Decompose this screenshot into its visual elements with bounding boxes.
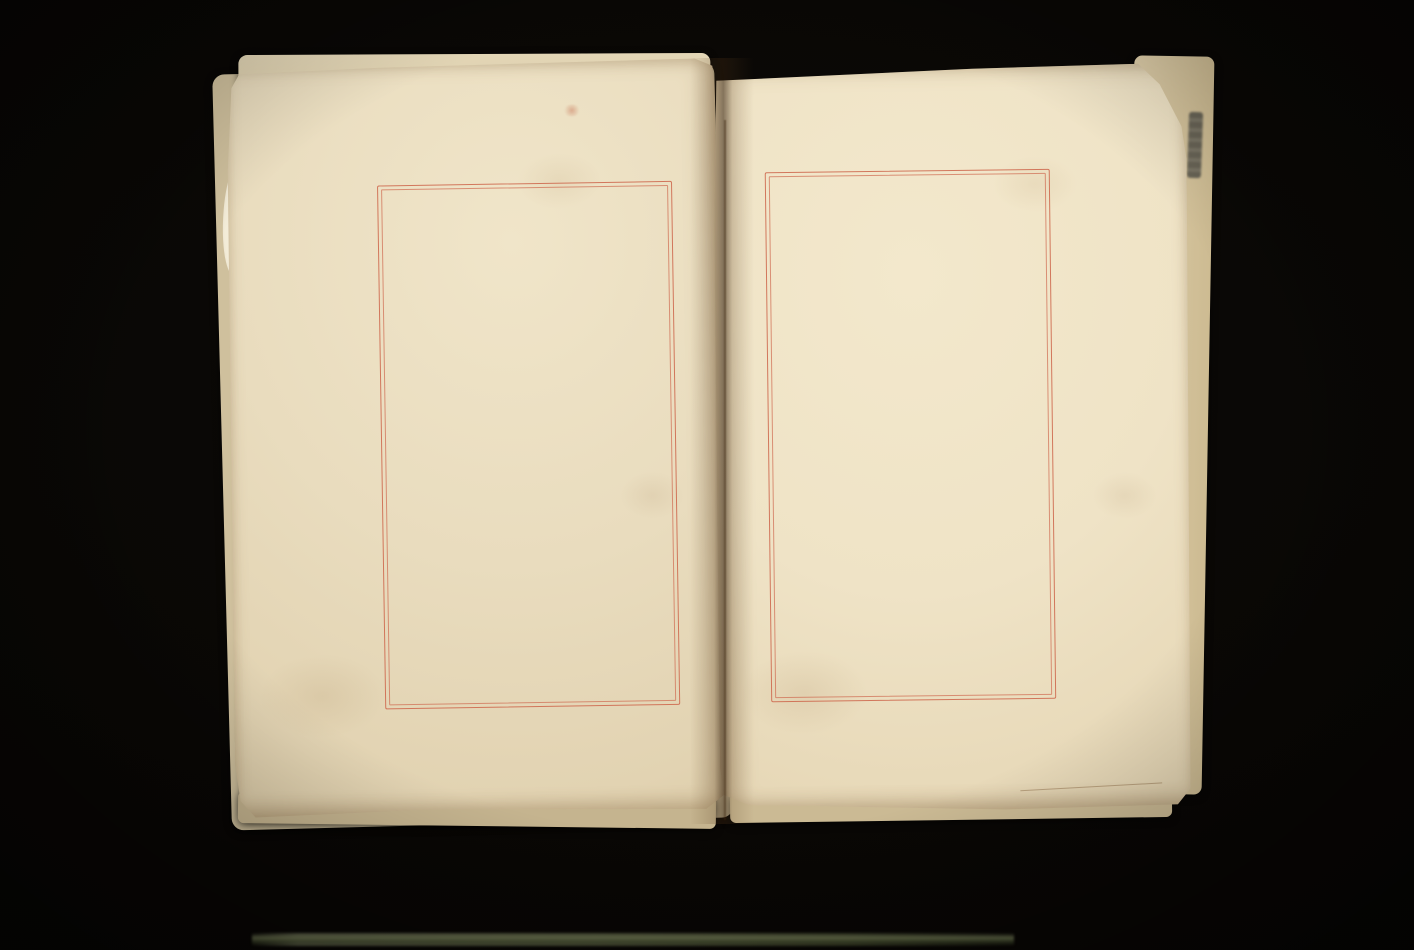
left-page-text-block	[224, 58, 726, 818]
manuscript-right-page	[711, 63, 1194, 813]
fore-edge-stamp-smudge	[1187, 112, 1203, 178]
table-edge-strip	[252, 933, 1014, 946]
photo-background: Photograph of an open bound manuscript o…	[0, 0, 1414, 950]
manuscript-left-page	[224, 58, 726, 818]
gutter-crease-line	[724, 120, 726, 820]
right-page-text-block	[711, 63, 1194, 813]
